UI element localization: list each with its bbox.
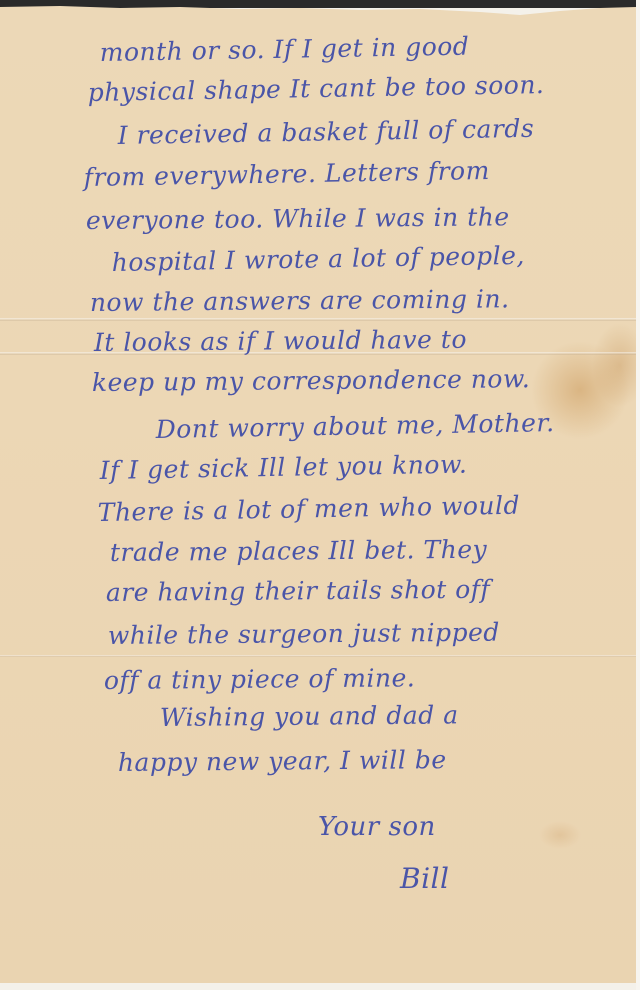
letter-line: off a tiny piece of mine. bbox=[104, 663, 416, 695]
scan-border bbox=[0, 0, 640, 8]
paper-fold bbox=[0, 655, 636, 657]
letter-line: now the answers are coming in. bbox=[90, 284, 510, 317]
letter-line: keep up my correspondence now. bbox=[92, 364, 531, 397]
letter-signature: Bill bbox=[400, 862, 449, 895]
letter-line: Wishing you and dad a bbox=[160, 700, 459, 732]
letter-line: It looks as if I would have to bbox=[94, 325, 467, 357]
letter-line: happy new year, I will be bbox=[118, 745, 447, 777]
letter-line: everyone too. While I was in the bbox=[86, 202, 510, 235]
letter-line: while the surgeon just nipped bbox=[108, 618, 500, 650]
scan-margin bbox=[636, 0, 640, 990]
letter-line: trade me places Ill bet. They bbox=[110, 535, 488, 567]
letter-closing: Your son bbox=[318, 812, 436, 842]
paper-fold bbox=[0, 318, 636, 321]
letter-line: are having their tails shot off bbox=[106, 575, 491, 607]
